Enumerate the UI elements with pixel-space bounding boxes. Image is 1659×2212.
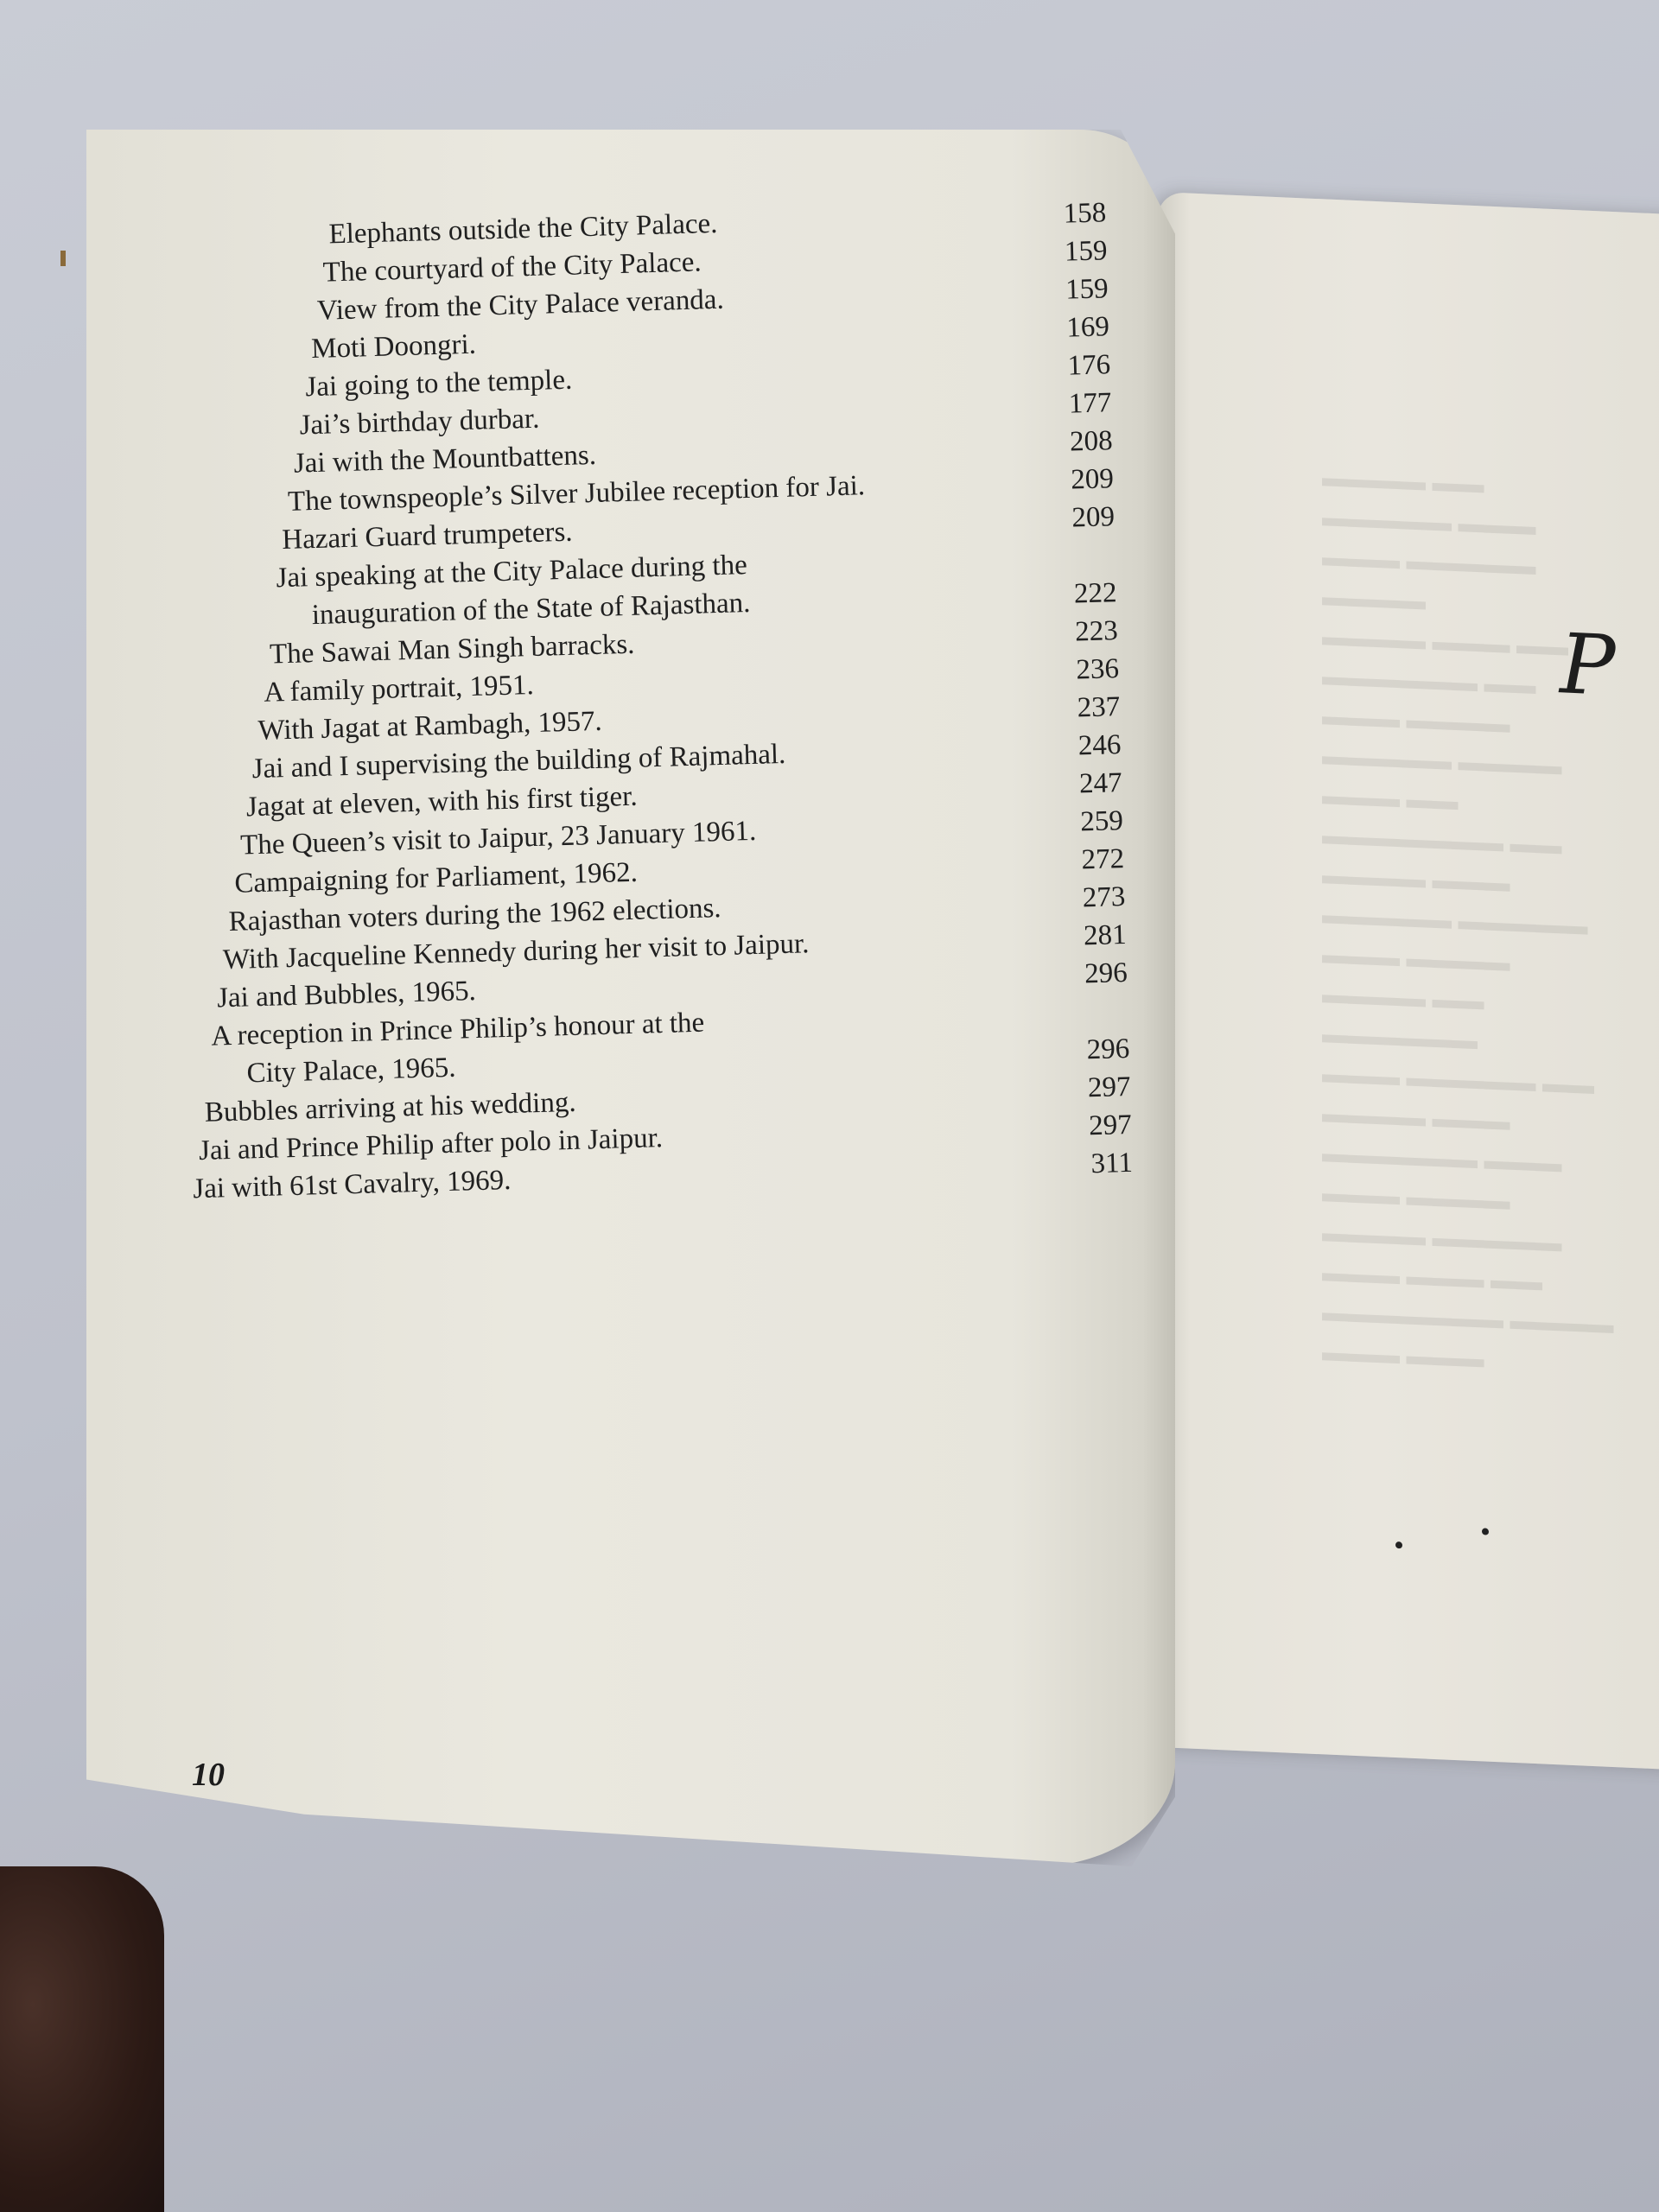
page-ref: 273	[1065, 878, 1126, 918]
page-ref: 208	[1052, 422, 1113, 461]
page-ref: 209	[1052, 460, 1114, 499]
page-ref: 176	[1050, 346, 1111, 385]
caption: A reception in Prince Philip’s honour at…	[211, 1004, 706, 1094]
page-ref: 177	[1051, 384, 1112, 423]
page-ref: 281	[1065, 916, 1127, 956]
page-ref: 297	[1070, 1068, 1131, 1108]
page-ref: 272	[1063, 840, 1124, 880]
caption: Jai speaking at the City Palace during t…	[276, 546, 751, 635]
paper-speck	[1395, 1541, 1402, 1548]
page-ref: 246	[1060, 726, 1122, 766]
illustrations-list: Elephants outside the City Palace. 158 T…	[156, 194, 1134, 1208]
caption: Moti Doongri.	[311, 326, 477, 368]
page-ref: 169	[1048, 308, 1109, 347]
page-ref: 158	[1046, 194, 1107, 233]
page-ref: 209	[1053, 498, 1115, 537]
page-ref: 236	[1058, 650, 1119, 690]
page-ref: 259	[1062, 802, 1123, 842]
page-ref: 159	[1047, 270, 1109, 309]
finger-holding-book	[0, 1866, 164, 2212]
page-ref: 297	[1071, 1106, 1132, 1146]
page-ref: 159	[1046, 232, 1108, 271]
page-ref: 247	[1061, 764, 1122, 804]
page-ref: 296	[1066, 954, 1128, 994]
bleed-through-text: ▬▬▬▬ ▬▬▬▬▬▬▬ ▬▬▬▬▬▬ ▬▬▬▬▬▬▬▬▬▬▬▬▬ ▬▬▬ ▬▬…	[1322, 458, 1659, 1388]
page-ref: 311	[1071, 1144, 1133, 1184]
page-ref: 223	[1057, 612, 1118, 652]
page-ref: 296	[1069, 1030, 1130, 1070]
right-page: ▬▬▬▬ ▬▬▬▬▬▬▬ ▬▬▬▬▬▬ ▬▬▬▬▬▬▬▬▬▬▬▬▬ ▬▬▬ ▬▬…	[1158, 192, 1659, 1770]
page-number: 10	[192, 1756, 225, 1794]
page-ref: 222	[1056, 574, 1117, 613]
page-ref: 237	[1059, 688, 1121, 728]
caption: Jai’s birthday durbar.	[299, 400, 540, 445]
page-edge-mark	[60, 251, 66, 266]
chapter-heading-fragment: P	[1560, 615, 1616, 715]
paper-speck	[1482, 1528, 1489, 1535]
